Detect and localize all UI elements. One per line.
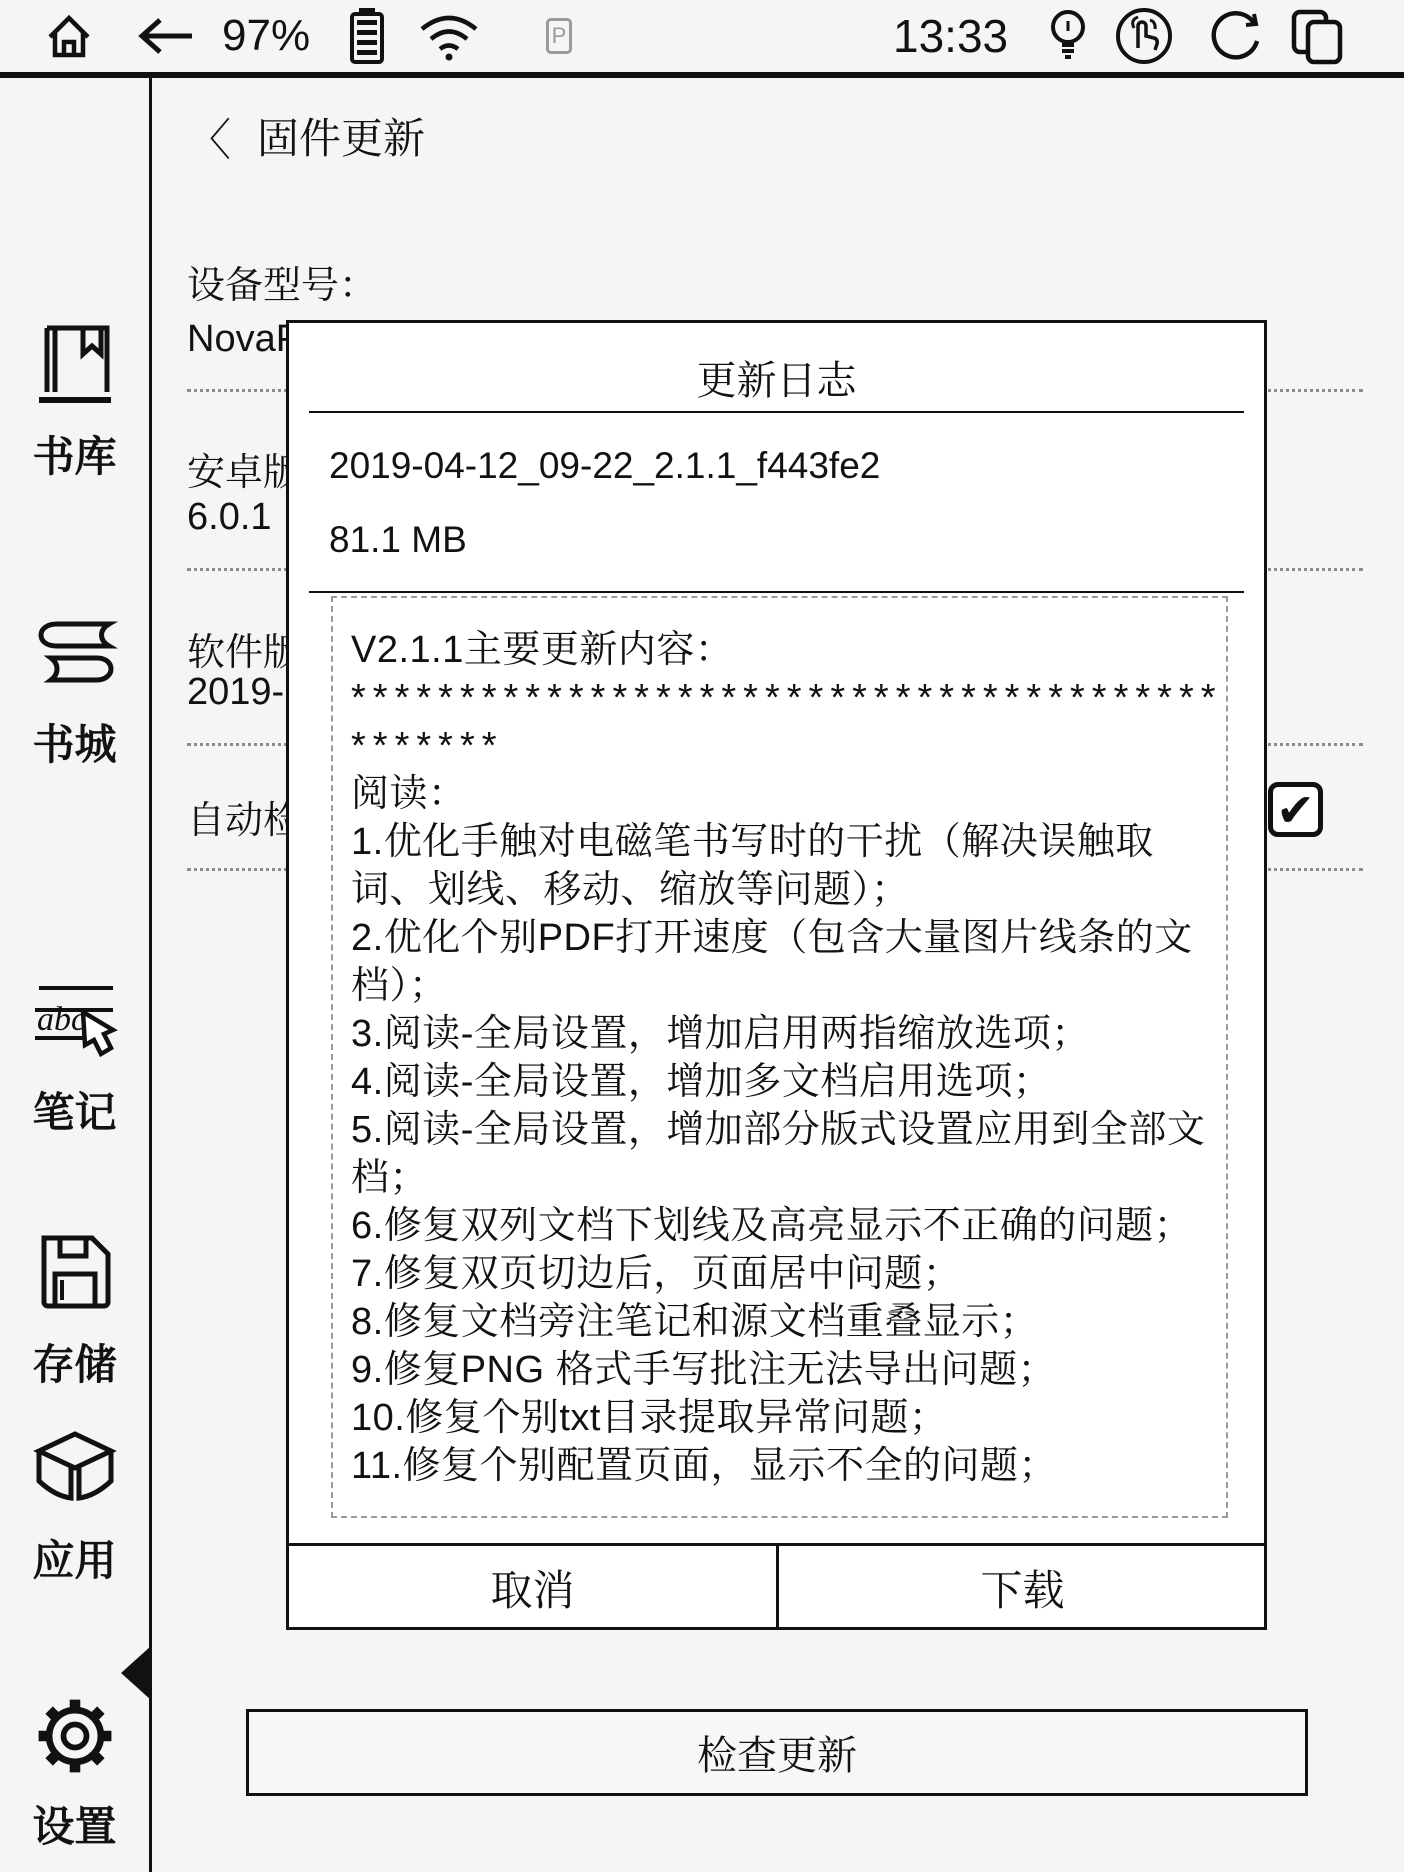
device-model-label: 设备型号：: [187, 254, 377, 309]
changelog-line: *******: [351, 722, 1206, 770]
sidebar-item-apps[interactable]: 应用: [0, 1426, 149, 1588]
sync-icon[interactable]: [1202, 0, 1268, 72]
frontlight-icon[interactable]: [1042, 0, 1094, 72]
sidebar-item-label: 书城: [32, 712, 116, 772]
battery-percent: 97%: [222, 0, 310, 72]
sidebar-item-library[interactable]: 书库: [0, 316, 149, 484]
changelog-line: 4.阅读-全局设置，增加多文档启用选项；: [351, 1058, 1206, 1106]
cancel-button[interactable]: 取消: [289, 1546, 776, 1630]
sidebar-item-settings[interactable]: 设置: [0, 1690, 149, 1854]
storage-icon: [28, 1226, 122, 1320]
bookstore-icon: [27, 610, 123, 700]
changelog-line: 阅读：: [351, 770, 1206, 818]
back-chevron-icon[interactable]: 〈: [187, 104, 231, 168]
page-refresh-badge: P: [546, 0, 572, 72]
selected-item-indicator: [121, 1646, 151, 1700]
battery-icon: [344, 0, 390, 72]
sidebar: 书库 书城 abc 笔记: [0, 78, 149, 1872]
changelog-line: 2.优化个别PDF打开速度（包含大量图片线条的文档）；: [351, 914, 1206, 1010]
library-book-icon: [27, 316, 123, 412]
changelog-line: ****************************************: [351, 674, 1206, 722]
changelog-line: 10.修复个别txt目录提取异常问题；: [351, 1394, 1206, 1442]
auto-check-checkbox[interactable]: ✔: [1268, 782, 1323, 837]
changelog-line: 5.阅读-全局设置，增加部分版式设置应用到全部文档；: [351, 1106, 1206, 1202]
sidebar-item-label: 书库: [32, 424, 116, 484]
sidebar-separator: [149, 78, 152, 1872]
wifi-icon: [416, 0, 482, 72]
changelog-line: 7.修复双页切边后，页面居中问题；: [351, 1250, 1206, 1298]
touch-mode-icon[interactable]: [1114, 0, 1174, 72]
sidebar-item-storage[interactable]: 存储: [0, 1226, 149, 1392]
home-icon[interactable]: [42, 0, 96, 72]
changelog-line: 8.修复文档旁注笔记和源文档重叠显示；: [351, 1298, 1206, 1346]
dialog-title-divider: [309, 411, 1244, 413]
android-version-value: 6.0.1: [187, 496, 272, 539]
changelog-line: 1.优化手触对电磁笔书写时的干扰（解决误触取词、划线、移动、缩放等问题）；: [351, 818, 1206, 914]
multi-window-icon[interactable]: [1286, 0, 1348, 72]
page-header[interactable]: 〈 固件更新: [187, 104, 425, 168]
apps-icon: [27, 1426, 123, 1516]
firmware-version: 2019-04-12_09-22_2.1.1_f443fe2: [329, 445, 880, 487]
changelog-scroll-area[interactable]: V2.1.1主要更新内容：***************************…: [331, 596, 1228, 1518]
download-button[interactable]: 下载: [779, 1546, 1266, 1630]
sidebar-item-label: 笔记: [32, 1080, 116, 1140]
changelog-line: 11.修复个别配置页面，显示不全的问题；: [351, 1442, 1206, 1490]
clock: 13:33: [893, 0, 1008, 72]
changelog-top-divider: [309, 591, 1244, 593]
sidebar-item-notes[interactable]: abc 笔记: [0, 976, 149, 1140]
changelog-line: 6.修复双列文档下划线及高亮显示不正确的问题；: [351, 1202, 1206, 1250]
statusbar-divider: [0, 72, 1404, 78]
svg-text:abc: abc: [37, 1001, 86, 1038]
sidebar-item-label: 设置: [32, 1794, 116, 1854]
check-mark-icon: ✔: [1276, 783, 1315, 837]
sidebar-item-label: 存储: [32, 1332, 116, 1392]
notes-icon: abc: [25, 976, 125, 1068]
firmware-size: 81.1 MB: [329, 519, 467, 561]
changelog-line: V2.1.1主要更新内容：: [351, 626, 1206, 674]
changelog-line: 9.修复PNG 格式手写批注无法导出问题；: [351, 1346, 1206, 1394]
sidebar-item-label: 应用: [32, 1528, 116, 1588]
back-icon[interactable]: [134, 0, 198, 72]
changelog-line: 3.阅读-全局设置，增加启用两指缩放选项；: [351, 1010, 1206, 1058]
software-version-value: 2019-: [187, 671, 284, 714]
settings-gear-icon: [29, 1690, 121, 1782]
dialog-title: 更新日志: [289, 349, 1264, 406]
check-update-button[interactable]: 检查更新: [246, 1709, 1308, 1796]
page-title: 固件更新: [257, 106, 425, 166]
update-log-dialog: 更新日志 2019-04-12_09-22_2.1.1_f443fe2 81.1…: [286, 320, 1267, 1630]
sidebar-item-bookstore[interactable]: 书城: [0, 610, 149, 772]
screen: 97% P 13:33: [0, 0, 1404, 1872]
status-bar: 97% P 13:33: [0, 0, 1404, 72]
